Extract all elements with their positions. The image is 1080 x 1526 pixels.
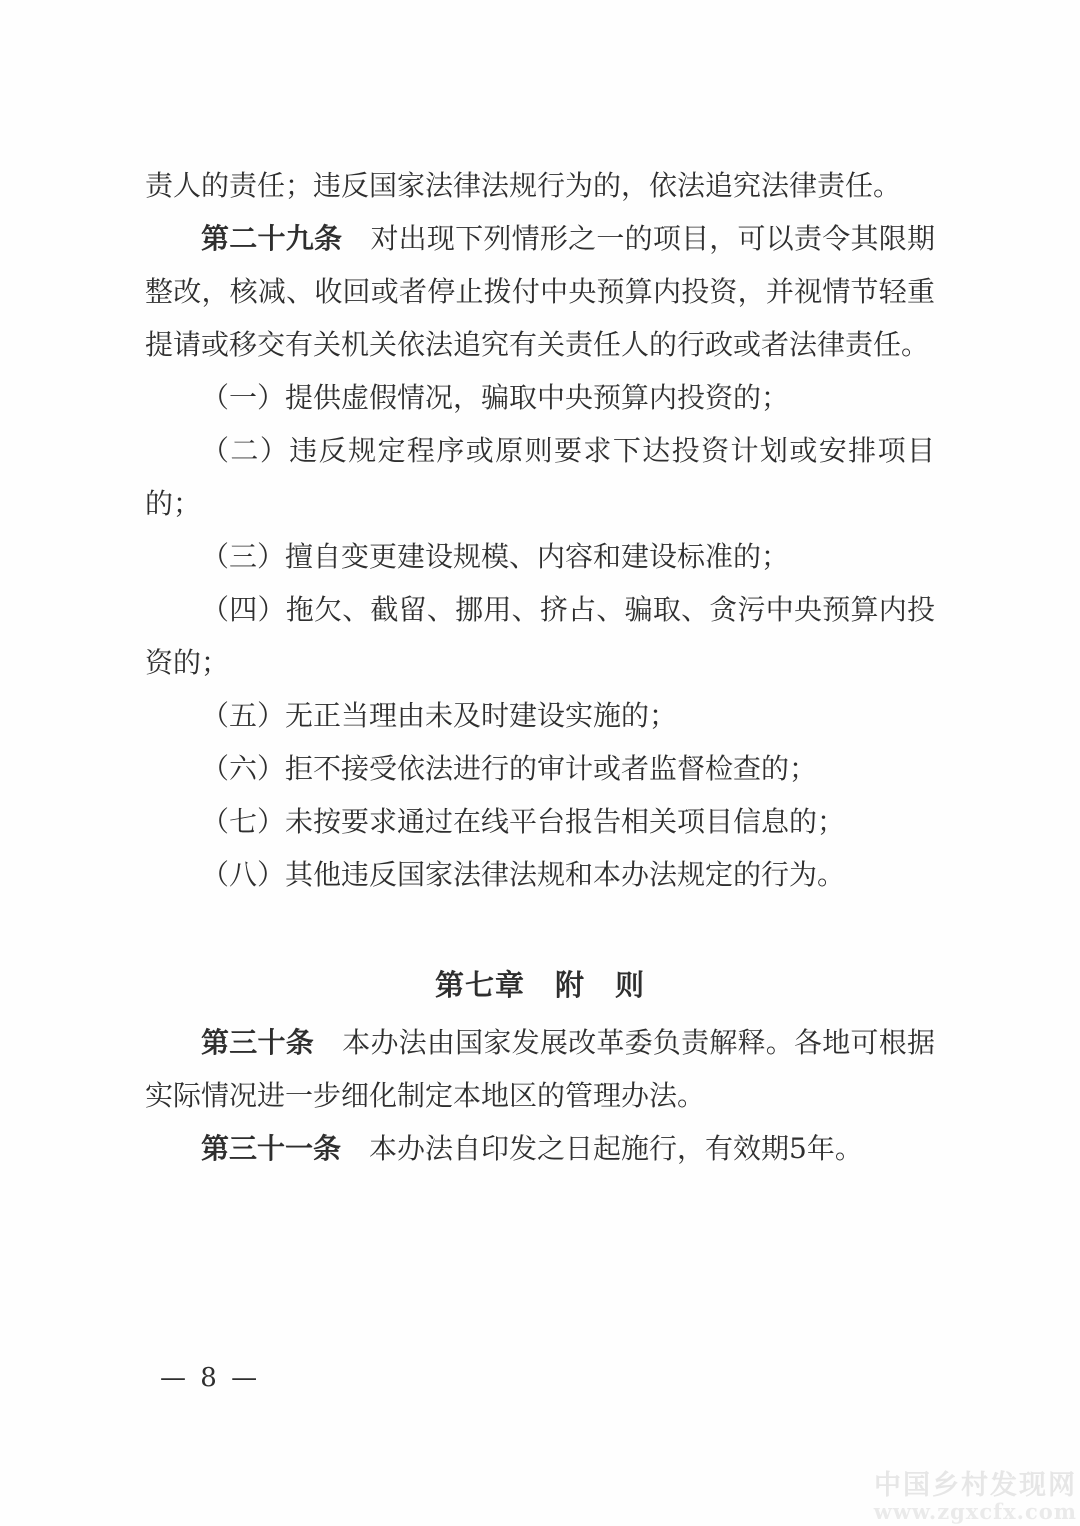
watermark-url: www.zgxcfx.com [874,1501,1077,1523]
article-label: 第三十一条 [201,1132,341,1165]
article-label: 第三十条 [201,1026,314,1059]
paragraph-text: （八）其他违反国家法律法规和本办法规定的行为。 [201,858,845,891]
paragraph: （二）违反规定程序或原则要求下达投资计划或安排项目的； [145,424,935,530]
paragraph: 第三十一条 本办法自印发之日起施行，有效期5年。 [145,1122,935,1175]
paragraph-text: （一）提供虚假情况，骗取中央预算内投资的； [201,381,789,414]
chapter-heading: 第七章 附 则 [145,959,935,1012]
paragraph-text: 本办法自印发之日起施行，有效期5年。 [341,1132,863,1165]
watermark-site-name: 中国乡村发现网 [874,1471,1077,1501]
paragraph: 第二十九条 对出现下列情形之一的项目，可以责令其限期整改，核减、收回或者停止拨付… [145,212,935,371]
paragraph-text: （七）未按要求通过在线平台报告相关项目信息的； [201,805,845,838]
article-label: 第二十九条 [201,222,342,255]
paragraph-text: （二）违反规定程序或原则要求下达投资计划或安排项目的； [145,434,935,520]
paragraph-text: （三）擅自变更建设规模、内容和建设标准的； [201,540,789,573]
paragraph: （八）其他违反国家法律法规和本办法规定的行为。 [145,848,935,901]
paragraph-text: 责人的责任；违反国家法律法规行为的，依法追究法律责任。 [145,169,901,202]
paragraph: （六）拒不接受依法进行的审计或者监督检查的； [145,742,935,795]
paragraph: （一）提供虚假情况，骗取中央预算内投资的； [145,371,935,424]
paragraph: （三）擅自变更建设规模、内容和建设标准的； [145,530,935,583]
paragraph-text: （五）无正当理由未及时建设实施的； [201,699,677,732]
document-page: 责人的责任；违反国家法律法规行为的，依法追究法律责任。 第二十九条 对出现下列情… [0,0,1080,1526]
document-body: 责人的责任；违反国家法律法规行为的，依法追究法律责任。 第二十九条 对出现下列情… [145,159,935,1175]
paragraph: （五）无正当理由未及时建设实施的； [145,689,935,742]
paragraph: （七）未按要求通过在线平台报告相关项目信息的； [145,795,935,848]
paragraph-text: （四）拖欠、截留、挪用、挤占、骗取、贪污中央预算内投资的； [145,593,935,679]
watermark: 中国乡村发现网 www.zgxcfx.com [874,1471,1077,1523]
paragraph: 责人的责任；违反国家法律法规行为的，依法追究法律责任。 [145,159,935,212]
paragraph: （四）拖欠、截留、挪用、挤占、骗取、贪污中央预算内投资的； [145,583,935,689]
paragraph: 第三十条 本办法由国家发展改革委负责解释。各地可根据实际情况进一步细化制定本地区… [145,1016,935,1122]
paragraph-text: （六）拒不接受依法进行的审计或者监督检查的； [201,752,817,785]
page-number: — 8 — [160,1362,260,1394]
